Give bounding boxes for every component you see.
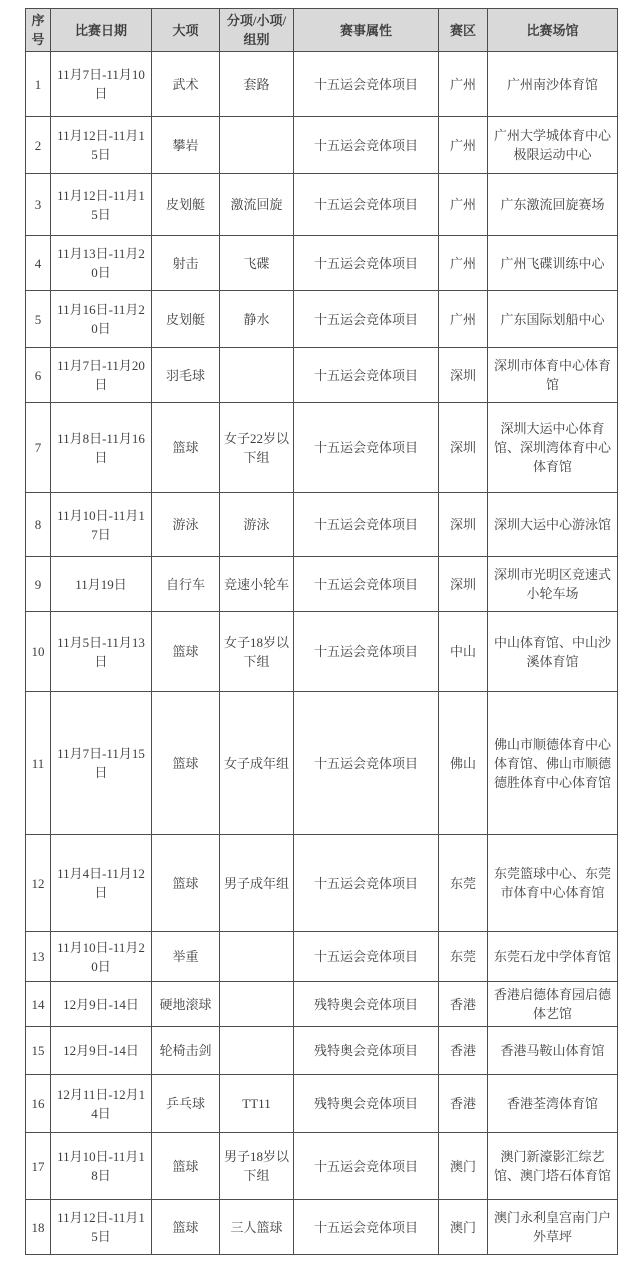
cell-date: 11月5日-11月13日 [51,612,152,692]
cell-date: 11月10日-11月17日 [51,493,152,557]
schedule-table-body: 111月7日-11月10日武术套路十五运会竞体项目广州广州南沙体育馆211月12… [26,52,618,1255]
cell-index: 4 [26,236,51,291]
competition-schedule-table: 序号比赛日期大项分项/小项/组别赛事属性赛区比赛场馆 111月7日-11月10日… [25,8,618,1255]
cell-region: 广州 [439,291,488,348]
cell-date: 11月12日-11月15日 [51,117,152,174]
cell-region: 深圳 [439,557,488,612]
cell-index: 6 [26,348,51,403]
cell-region: 香港 [439,1075,488,1133]
cell-venue: 香港启德体育园启德体艺馆 [488,982,618,1027]
cell-attribute: 十五运会竞体项目 [294,1200,439,1255]
cell-attribute: 十五运会竞体项目 [294,692,439,835]
cell-venue: 中山体育馆、中山沙溪体育馆 [488,612,618,692]
cell-index: 8 [26,493,51,557]
cell-venue: 广州南沙体育馆 [488,52,618,117]
cell-discipline [220,348,294,403]
cell-date: 11月16日-11月20日 [51,291,152,348]
cell-discipline [220,117,294,174]
column-header-discipline: 分项/小项/组别 [220,9,294,52]
cell-discipline: 男子18岁以下组 [220,1133,294,1200]
cell-attribute: 十五运会竞体项目 [294,348,439,403]
cell-date: 12月9日-14日 [51,982,152,1027]
page: 序号比赛日期大项分项/小项/组别赛事属性赛区比赛场馆 111月7日-11月10日… [0,0,640,1266]
cell-sport: 羽毛球 [152,348,220,403]
table-row: 411月13日-11月20日射击飞碟十五运会竞体项目广州广州飞碟训练中心 [26,236,618,291]
column-header-index: 序号 [26,9,51,52]
schedule-table-header-row: 序号比赛日期大项分项/小项/组别赛事属性赛区比赛场馆 [26,9,618,52]
cell-index: 14 [26,982,51,1027]
cell-index: 12 [26,835,51,932]
cell-date: 11月4日-11月12日 [51,835,152,932]
cell-date: 12月11日-12月14日 [51,1075,152,1133]
cell-region: 中山 [439,612,488,692]
cell-date: 11月8日-11月16日 [51,403,152,493]
column-header-attribute: 赛事属性 [294,9,439,52]
cell-venue: 深圳市光明区竞速式小轮车场 [488,557,618,612]
cell-date: 11月7日-11月15日 [51,692,152,835]
cell-index: 15 [26,1027,51,1075]
cell-venue: 东莞石龙中学体育馆 [488,932,618,982]
cell-region: 香港 [439,1027,488,1075]
cell-sport: 篮球 [152,612,220,692]
table-row: 111月7日-11月10日武术套路十五运会竞体项目广州广州南沙体育馆 [26,52,618,117]
table-row: 1011月5日-11月13日篮球女子18岁以下组十五运会竞体项目中山中山体育馆、… [26,612,618,692]
cell-date: 11月7日-11月10日 [51,52,152,117]
cell-index: 5 [26,291,51,348]
cell-region: 东莞 [439,932,488,982]
cell-discipline: 套路 [220,52,294,117]
cell-sport: 游泳 [152,493,220,557]
cell-sport: 篮球 [152,835,220,932]
cell-sport: 举重 [152,932,220,982]
cell-attribute: 十五运会竞体项目 [294,291,439,348]
cell-discipline: 女子22岁以下组 [220,403,294,493]
table-row: 1211月4日-11月12日篮球男子成年组十五运会竞体项目东莞东莞篮球中心、东莞… [26,835,618,932]
cell-attribute: 十五运会竞体项目 [294,117,439,174]
cell-venue: 佛山市顺德体育中心体育馆、佛山市顺德德胜体育中心体育馆 [488,692,618,835]
cell-discipline: 游泳 [220,493,294,557]
table-row: 1612月11日-12月14日乒乓球TT11残特奥会竞体项目香港香港荃湾体育馆 [26,1075,618,1133]
cell-region: 广州 [439,174,488,236]
table-row: 311月12日-11月15日皮划艇激流回旋十五运会竞体项目广州广东激流回旋赛场 [26,174,618,236]
cell-discipline: 静水 [220,291,294,348]
cell-index: 2 [26,117,51,174]
cell-index: 1 [26,52,51,117]
cell-discipline [220,982,294,1027]
cell-venue: 香港荃湾体育馆 [488,1075,618,1133]
cell-sport: 武术 [152,52,220,117]
cell-date: 11月12日-11月15日 [51,174,152,236]
cell-sport: 乒乓球 [152,1075,220,1133]
table-row: 1811月12日-11月15日篮球三人篮球十五运会竞体项目澳门澳门永利皇宫南门户… [26,1200,618,1255]
cell-date: 11月10日-11月20日 [51,932,152,982]
cell-attribute: 十五运会竞体项目 [294,835,439,932]
table-row: 1311月10日-11月20日举重十五运会竞体项目东莞东莞石龙中学体育馆 [26,932,618,982]
cell-attribute: 十五运会竞体项目 [294,236,439,291]
table-row: 1111月7日-11月15日篮球女子成年组十五运会竞体项目佛山佛山市顺德体育中心… [26,692,618,835]
table-row: 711月8日-11月16日篮球女子22岁以下组十五运会竞体项目深圳深圳大运中心体… [26,403,618,493]
cell-attribute: 残特奥会竞体项目 [294,1027,439,1075]
cell-sport: 皮划艇 [152,291,220,348]
cell-sport: 篮球 [152,692,220,835]
cell-index: 18 [26,1200,51,1255]
cell-region: 佛山 [439,692,488,835]
cell-attribute: 十五运会竞体项目 [294,612,439,692]
cell-date: 11月19日 [51,557,152,612]
cell-date: 12月9日-14日 [51,1027,152,1075]
cell-venue: 深圳大运中心游泳馆 [488,493,618,557]
table-row: 1512月9日-14日轮椅击剑残特奥会竞体项目香港香港马鞍山体育馆 [26,1027,618,1075]
cell-discipline: 竞速小轮车 [220,557,294,612]
cell-venue: 广东激流回旋赛场 [488,174,618,236]
cell-discipline: 女子18岁以下组 [220,612,294,692]
cell-venue: 深圳市体育中心体育馆 [488,348,618,403]
cell-region: 广州 [439,52,488,117]
column-header-venue: 比赛场馆 [488,9,618,52]
cell-attribute: 十五运会竞体项目 [294,174,439,236]
table-row: 511月16日-11月20日皮划艇静水十五运会竞体项目广州广东国际划船中心 [26,291,618,348]
cell-region: 广州 [439,117,488,174]
cell-venue: 香港马鞍山体育馆 [488,1027,618,1075]
cell-date: 11月10日-11月18日 [51,1133,152,1200]
table-row: 911月19日自行车竞速小轮车十五运会竞体项目深圳深圳市光明区竞速式小轮车场 [26,557,618,612]
table-row: 211月12日-11月15日攀岩十五运会竞体项目广州广州大学城体育中心极限运动中… [26,117,618,174]
cell-attribute: 十五运会竞体项目 [294,403,439,493]
cell-attribute: 十五运会竞体项目 [294,932,439,982]
column-header-region: 赛区 [439,9,488,52]
cell-discipline: TT11 [220,1075,294,1133]
cell-attribute: 残特奥会竞体项目 [294,1075,439,1133]
cell-region: 深圳 [439,348,488,403]
cell-index: 10 [26,612,51,692]
cell-index: 16 [26,1075,51,1133]
cell-attribute: 十五运会竞体项目 [294,1133,439,1200]
cell-region: 广州 [439,236,488,291]
column-header-sport: 大项 [152,9,220,52]
cell-sport: 篮球 [152,1200,220,1255]
cell-discipline: 女子成年组 [220,692,294,835]
cell-index: 13 [26,932,51,982]
cell-region: 澳门 [439,1200,488,1255]
column-header-date: 比赛日期 [51,9,152,52]
cell-sport: 皮划艇 [152,174,220,236]
cell-region: 深圳 [439,403,488,493]
cell-discipline: 男子成年组 [220,835,294,932]
table-row: 1412月9日-14日硬地滚球残特奥会竞体项目香港香港启德体育园启德体艺馆 [26,982,618,1027]
cell-sport: 攀岩 [152,117,220,174]
cell-region: 澳门 [439,1133,488,1200]
table-row: 611月7日-11月20日羽毛球十五运会竞体项目深圳深圳市体育中心体育馆 [26,348,618,403]
cell-region: 东莞 [439,835,488,932]
cell-date: 11月7日-11月20日 [51,348,152,403]
cell-attribute: 十五运会竞体项目 [294,493,439,557]
cell-discipline: 三人篮球 [220,1200,294,1255]
cell-index: 11 [26,692,51,835]
cell-venue: 广州飞碟训练中心 [488,236,618,291]
cell-venue: 东莞篮球中心、东莞市体育中心体育馆 [488,835,618,932]
cell-region: 深圳 [439,493,488,557]
cell-index: 9 [26,557,51,612]
cell-discipline [220,1027,294,1075]
cell-date: 11月12日-11月15日 [51,1200,152,1255]
cell-venue: 广东国际划船中心 [488,291,618,348]
cell-region: 香港 [439,982,488,1027]
cell-sport: 轮椅击剑 [152,1027,220,1075]
cell-sport: 篮球 [152,1133,220,1200]
cell-venue: 深圳大运中心体育馆、深圳湾体育中心体育馆 [488,403,618,493]
cell-venue: 澳门新濠影汇综艺馆、澳门塔石体育馆 [488,1133,618,1200]
cell-date: 11月13日-11月20日 [51,236,152,291]
cell-index: 17 [26,1133,51,1200]
cell-discipline: 飞碟 [220,236,294,291]
table-row: 811月10日-11月17日游泳游泳十五运会竞体项目深圳深圳大运中心游泳馆 [26,493,618,557]
cell-discipline: 激流回旋 [220,174,294,236]
cell-venue: 广州大学城体育中心极限运动中心 [488,117,618,174]
cell-attribute: 十五运会竞体项目 [294,557,439,612]
cell-sport: 射击 [152,236,220,291]
cell-index: 7 [26,403,51,493]
cell-sport: 自行车 [152,557,220,612]
cell-sport: 硬地滚球 [152,982,220,1027]
table-row: 1711月10日-11月18日篮球男子18岁以下组十五运会竞体项目澳门澳门新濠影… [26,1133,618,1200]
cell-index: 3 [26,174,51,236]
cell-discipline [220,932,294,982]
cell-attribute: 十五运会竞体项目 [294,52,439,117]
cell-venue: 澳门永利皇宫南门户外草坪 [488,1200,618,1255]
cell-attribute: 残特奥会竞体项目 [294,982,439,1027]
cell-sport: 篮球 [152,403,220,493]
